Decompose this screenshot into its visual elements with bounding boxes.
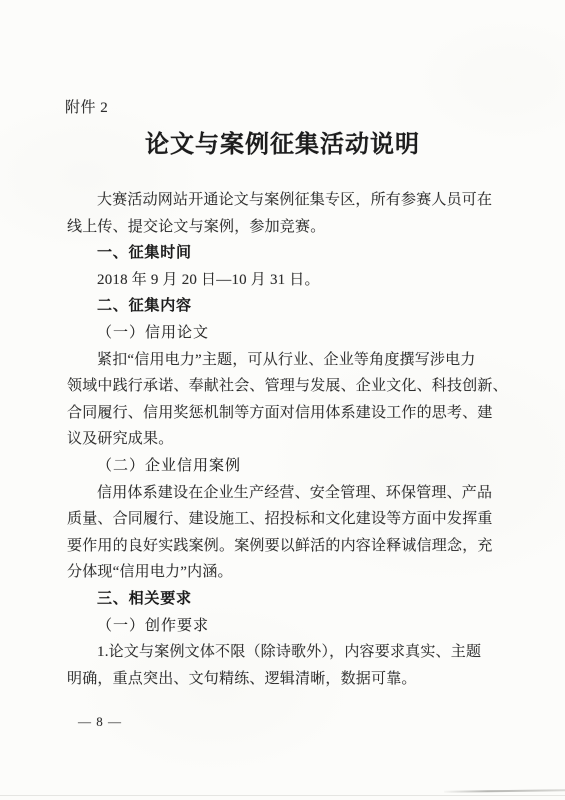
text-line: 要作用的良好实践案例。案例要以鲜活的内容诠释诚信理念，充 xyxy=(67,533,527,560)
attachment-label: 附件 2 xyxy=(65,98,108,118)
text-line: 大赛活动网站开通论文与案例征集专区，所有参赛人员可在 xyxy=(67,187,527,214)
text-line-content: 1.论文与案例文体不限（除诗歌外），内容要求真实、主题 xyxy=(97,644,481,660)
text-line-content: 信用体系建设在企业生产经营、安全管理、环保管理、产品 xyxy=(97,485,492,501)
scan-page-edge-line xyxy=(444,789,565,793)
text-line-content: 明确，重点突出、文句精练、逻辑清晰，数据可靠。 xyxy=(67,671,417,687)
text-line-content: 领域中践行承诺、奉献社会、管理与发展、企业文化、科技创新、 xyxy=(67,378,508,394)
text-line-content: 分体现“信用电力”内涵。 xyxy=(67,564,233,580)
text-line-content: 合同履行、信用奖惩机制等方面对信用体系建设工作的思考、建 xyxy=(67,405,493,421)
scanned-document-page: 附件 2 论文与案例征集活动说明 大赛活动网站开通论文与案例征集专区，所有参赛人… xyxy=(0,0,565,800)
text-line: 三、相关要求 xyxy=(67,586,527,613)
text-line-content: 议及研究成果。 xyxy=(67,431,173,447)
text-line-content: （一）信用论文 xyxy=(97,325,209,341)
text-line: 紧扣“信用电力”主题，可从行业、企业等角度撰写涉电力 xyxy=(67,347,527,374)
text-line: 领域中践行承诺、奉献社会、管理与发展、企业文化、科技创新、 xyxy=(67,373,527,400)
text-line-content: 二、征集内容 xyxy=(97,297,192,314)
text-line-content: 紧扣“信用电力”主题，可从行业、企业等角度撰写涉电力 xyxy=(97,352,476,368)
text-line: 1.论文与案例文体不限（除诗歌外），内容要求真实、主题 xyxy=(67,639,527,666)
text-line: 明确，重点突出、文句精练、逻辑清晰，数据可靠。 xyxy=(67,666,527,693)
text-line-content: 大赛活动网站开通论文与案例征集专区，所有参赛人员可在 xyxy=(97,192,492,208)
text-line: 线上传、提交论文与案例，参加竞赛。 xyxy=(67,214,527,241)
text-line-content: 线上传、提交论文与案例，参加竞赛。 xyxy=(67,219,325,235)
text-line-content: 一、征集时间 xyxy=(97,244,192,261)
text-line-content: 2018 年 9 月 20 日—10 月 31 日。 xyxy=(97,272,320,288)
text-line: 分体现“信用电力”内涵。 xyxy=(67,559,527,586)
text-line-content: （二）企业信用案例 xyxy=(97,458,241,474)
text-line-content: 要作用的良好实践案例。案例要以鲜活的内容诠释诚信理念，充 xyxy=(67,538,493,554)
document-body: 大赛活动网站开通论文与案例征集专区，所有参赛人员可在 线上传、提交论文与案例，参… xyxy=(67,187,527,692)
text-line: 合同履行、信用奖惩机制等方面对信用体系建设工作的思考、建 xyxy=(67,400,527,427)
page-number: — 8 — xyxy=(78,713,122,731)
document-title: 论文与案例征集活动说明 xyxy=(0,128,565,162)
text-line: 信用体系建设在企业生产经营、安全管理、环保管理、产品 xyxy=(67,480,527,507)
text-line-content: 质量、合同履行、建设施工、招投标和文化建设等方面中发挥重 xyxy=(67,511,493,527)
text-line: 质量、合同履行、建设施工、招投标和文化建设等方面中发挥重 xyxy=(67,506,527,533)
text-line: 2018 年 9 月 20 日—10 月 31 日。 xyxy=(67,267,527,294)
text-line: （二）企业信用案例 xyxy=(67,453,527,480)
scan-bottom-edge xyxy=(0,795,565,796)
text-line: 议及研究成果。 xyxy=(67,426,527,453)
text-line: 一、征集时间 xyxy=(67,240,527,267)
text-line: （一）信用论文 xyxy=(67,320,527,347)
text-line-content: 三、相关要求 xyxy=(97,590,192,607)
text-line: 二、征集内容 xyxy=(67,293,527,320)
text-line: （一）创作要求 xyxy=(67,613,527,640)
text-line-content: （一）创作要求 xyxy=(97,618,209,634)
